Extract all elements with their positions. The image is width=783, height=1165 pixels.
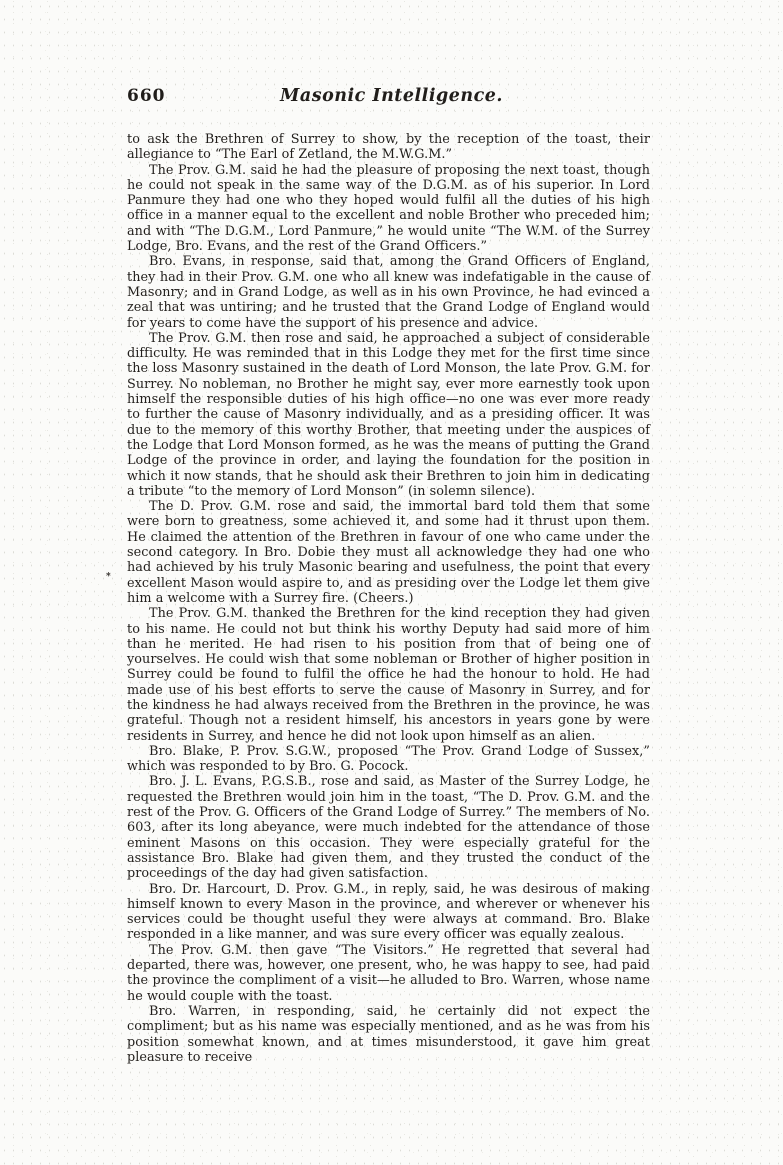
paragraph: Bro. Blake, P. Prov. S.G.W., proposed “T…: [127, 744, 650, 775]
paragraph: The Prov. G.M. then gave “The Visitors.”…: [127, 943, 650, 1004]
paragraph: The Prov. G.M. then rose and said, he ap…: [127, 331, 650, 499]
paragraph: The Prov. G.M. said he had the pleasure …: [127, 163, 650, 255]
paragraph: Bro. J. L. Evans, P.G.S.B., rose and sai…: [127, 774, 650, 881]
article-body: to ask the Brethren of Surrey to show, b…: [127, 132, 650, 1065]
paragraph: The D. Prov. G.M. rose and said, the imm…: [127, 499, 650, 606]
paragraph: Bro. Dr. Harcourt, D. Prov. G.M., in rep…: [127, 882, 650, 943]
paragraph: Bro. Evans, in response, said that, amon…: [127, 254, 650, 330]
paragraph: to ask the Brethren of Surrey to show, b…: [127, 132, 650, 163]
printers-margin-mark: *: [106, 572, 111, 582]
page-title: Masonic Intelligence.: [0, 86, 783, 106]
page-header: 660 Masonic Intelligence.: [0, 86, 783, 116]
scanned-book-page: { "colors": { "paper": "#fbfbf9", "ink":…: [0, 0, 783, 1165]
paragraph: Bro. Warren, in responding, said, he cer…: [127, 1004, 650, 1065]
paragraph: The Prov. G.M. thanked the Brethren for …: [127, 606, 650, 744]
